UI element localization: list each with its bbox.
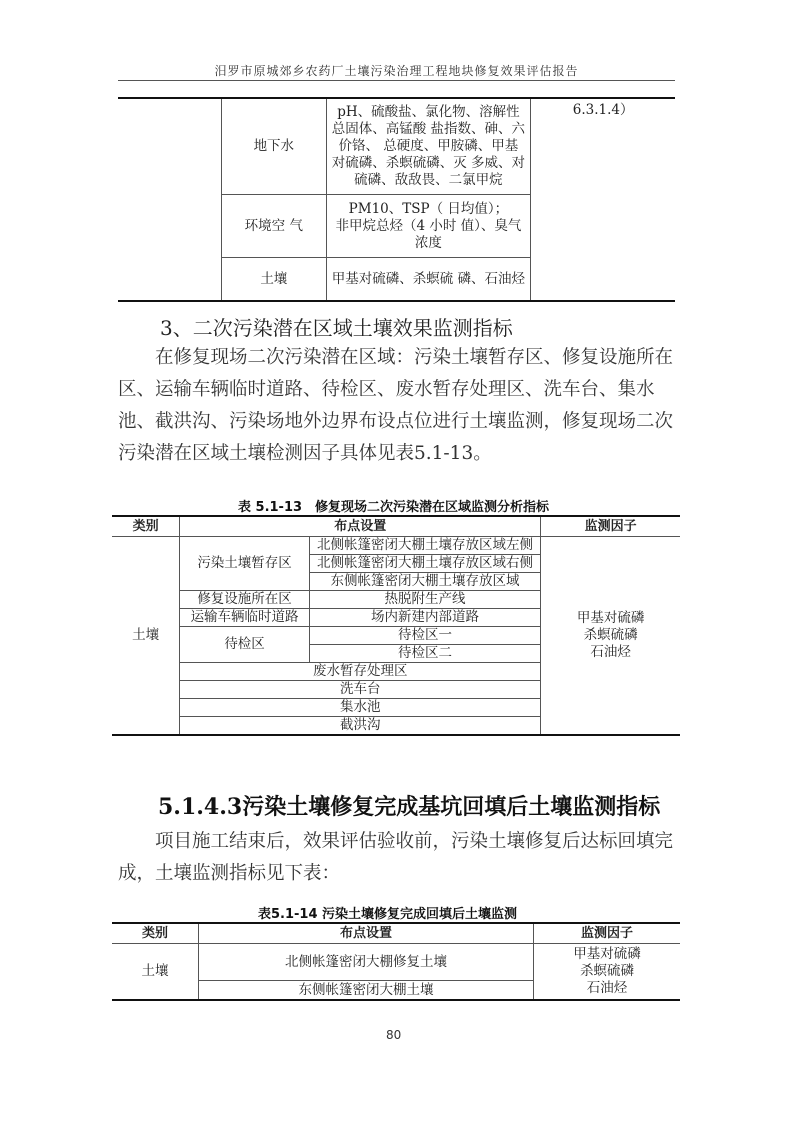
section-paragraph: 在修复现场二次污染潜在区域：污染土壤暂存区、修复设施所在区、运输车辆临时道路、待…: [118, 342, 678, 470]
point-cell: 北侧帐篷密闭大棚土壤存放区域右侧: [309, 555, 540, 573]
header-rule: [118, 80, 675, 81]
table-header-row: 类别 布点设置 监测因子: [112, 516, 680, 537]
point-cell: 洗车台: [180, 681, 541, 699]
table-header-row: 类别 布点设置 监测因子: [112, 923, 680, 944]
monitoring-table-continued: 地下水 pH、硫酸盐、氯化物、溶解性总固体、高锰酸 盐指数、砷、六价铬、 总硬度…: [118, 97, 675, 302]
factors-cell: pH、硫酸盐、氯化物、溶解性总固体、高锰酸 盐指数、砷、六价铬、 总硬度、甲胺磷…: [326, 98, 531, 195]
factors-line: PM10、TSP（ 日均值）；: [331, 201, 527, 218]
point-cell: 废水暂存处理区: [180, 663, 541, 681]
header-points: 布点设置: [180, 516, 541, 537]
paragraph-text: 项目施工结束后，效果评估验收前，污染土壤修复后达标回填完成，土壤监测指标见下表：: [118, 826, 678, 890]
running-header: 汨罗市原城郊乡农药厂土壤污染治理工程地块修复效果评估报告: [120, 62, 673, 79]
section-heading: 3、二次污染潜在区域土壤效果监测指标: [160, 312, 513, 341]
category-cell: 地下水: [222, 98, 326, 195]
factor-item: 杀螟硫磷: [537, 963, 677, 980]
header-points: 布点设置: [199, 923, 534, 944]
paragraph-text: 在修复现场二次污染潜在区域：污染土壤暂存区、修复设施所在区、运输车辆临时道路、待…: [118, 342, 678, 470]
factor-item: 石油烃: [537, 980, 677, 997]
table-5-1-13: 类别 布点设置 监测因子 土壤 污染土壤暂存区 北侧帐篷密闭大棚土壤存放区域左侧…: [112, 515, 680, 736]
table-row: 土壤 北侧帐篷密闭大棚修复土壤 甲基对硫磷 杀螟硫磷 石油烃: [112, 944, 680, 981]
header-category: 类别: [112, 923, 199, 944]
point-cell: 东侧帐篷密闭大棚土壤: [199, 981, 534, 1001]
factor-item: 杀螟硫磷: [544, 627, 677, 644]
page-number: 80: [386, 1028, 401, 1042]
header-category: 类别: [112, 516, 180, 537]
point-cell: 待检区二: [309, 645, 540, 663]
factor-item: 石油烃: [544, 644, 677, 661]
category-cell: 土壤: [222, 258, 326, 302]
reference-cell: 6.3.1.4）: [531, 98, 675, 301]
point-cell: 东侧帐篷密闭大棚土壤存放区域: [309, 573, 540, 591]
point-cell: 北侧帐篷密闭大棚土壤存放区域左侧: [309, 537, 540, 555]
category-cell: 土壤: [112, 537, 180, 736]
factors-cell: 甲基对硫磷、杀螟硫 磷、石油烃: [326, 258, 531, 302]
category-cell: 环境空 气: [222, 195, 326, 258]
area-cell: 修复设施所在区: [180, 591, 310, 609]
area-cell: 污染土壤暂存区: [180, 537, 310, 591]
header-factors: 监测因子: [541, 516, 680, 537]
section-heading: 5.1.4.3污染土壤修复完成基坑回填后土壤监测指标: [158, 790, 660, 821]
header-factors: 监测因子: [534, 923, 681, 944]
point-cell: 北侧帐篷密闭大棚修复土壤: [199, 944, 534, 981]
factors-cell: PM10、TSP（ 日均值）； 非甲烷总烃（4 小时 值）、臭气浓度: [326, 195, 531, 258]
table-caption: 表 5.1-13 修复现场二次污染潜在区域监测分析指标: [238, 496, 549, 515]
point-cell: 截洪沟: [180, 717, 541, 736]
table-row: 土壤 污染土壤暂存区 北侧帐篷密闭大棚土壤存放区域左侧 甲基对硫磷 杀螟硫磷 石…: [112, 537, 680, 555]
factor-item: 甲基对硫磷: [537, 946, 677, 963]
empty-cell: [118, 98, 222, 301]
point-cell: 集水池: [180, 699, 541, 717]
section-paragraph: 项目施工结束后，效果评估验收前，污染土壤修复后达标回填完成，土壤监测指标见下表：: [118, 826, 678, 890]
point-cell: 热脱附生产线: [309, 591, 540, 609]
area-cell: 待检区: [180, 627, 310, 663]
factor-item: 甲基对硫磷: [544, 610, 677, 627]
factors-line: 非甲烷总烃（4 小时 值）、臭气浓度: [331, 218, 527, 252]
factors-cell: 甲基对硫磷 杀螟硫磷 石油烃: [534, 944, 681, 1001]
table-row: 地下水 pH、硫酸盐、氯化物、溶解性总固体、高锰酸 盐指数、砷、六价铬、 总硬度…: [118, 98, 675, 195]
category-cell: 土壤: [112, 944, 199, 1001]
point-cell: 场内新建内部道路: [309, 609, 540, 627]
point-cell: 待检区一: [309, 627, 540, 645]
table-5-1-14: 类别 布点设置 监测因子 土壤 北侧帐篷密闭大棚修复土壤 甲基对硫磷 杀螟硫磷 …: [112, 922, 680, 1001]
table-caption: 表5.1-14 污染土壤修复完成回填后土壤监测: [258, 903, 517, 922]
factors-cell: 甲基对硫磷 杀螟硫磷 石油烃: [541, 537, 680, 736]
area-cell: 运输车辆临时道路: [180, 609, 310, 627]
